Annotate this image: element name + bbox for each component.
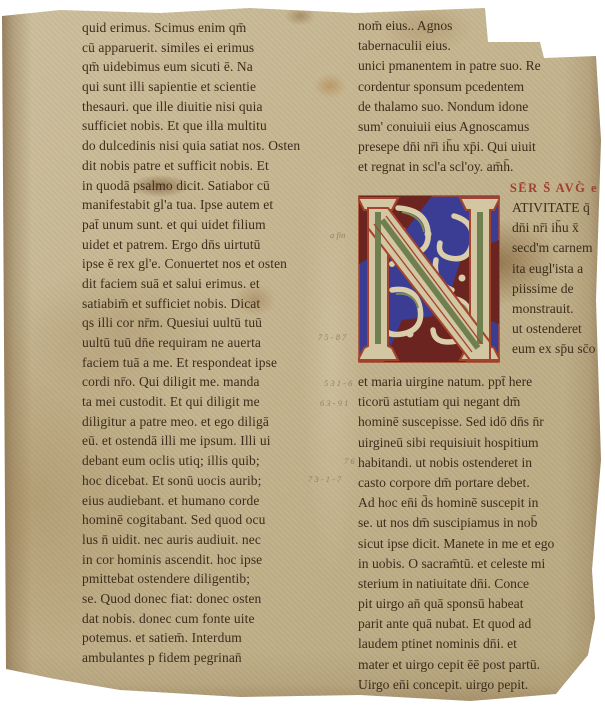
initial-artwork bbox=[358, 194, 500, 364]
text-line: monstrauit. bbox=[512, 299, 600, 319]
text-line: in uobis. O sacram̄tū. et celeste mi bbox=[358, 554, 600, 574]
text-line: dn̄i nr̄i ih̄u x̄ bbox=[512, 218, 600, 238]
text-line: tabernaculii eius. bbox=[358, 36, 600, 56]
text-line: piissime de bbox=[512, 279, 600, 299]
right-column-lower-text: et maria uirgine natum. ppt̄ hereticorū … bbox=[358, 372, 600, 695]
text-line: casto corpore dm̄ portare debet. bbox=[358, 473, 600, 493]
text-line: qs illi cor nr̄m. Quesiui uultū tuū bbox=[82, 313, 298, 333]
text-line: sicut ipse dicit. Manete in me et ego bbox=[358, 534, 600, 554]
right-column-upper-text: nom̄ eius.. Agnostabernaculii eius.unici… bbox=[358, 16, 600, 178]
text-line: presepe dn̄i nr̄i ih̄u xp̄i. Qui uiuit bbox=[358, 137, 600, 157]
text-line: in quodā psalmo dicit. Satiabor cū bbox=[82, 176, 298, 196]
text-line: dit nobis patre et sufficit nobis. Et bbox=[82, 156, 298, 176]
text-line: qui sunt illi sapientie et scientie bbox=[82, 77, 298, 97]
text-line: diligitur a patre meo. et ego diligā bbox=[82, 412, 298, 432]
text-line: cordi nr̄o. Qui diligit me. manda bbox=[82, 372, 298, 392]
text-line: habitandi. ut nobis ostenderet in bbox=[358, 453, 600, 473]
text-line: dat nobis. donec cum fonte uite bbox=[82, 609, 298, 629]
text-line: ATIVITATE q̄ bbox=[512, 198, 600, 218]
text-line: eū. et ostendā illi me ipsum. Illi ui bbox=[82, 431, 298, 451]
text-line: lus n̄ uidit. nec auris audiuit. nec bbox=[82, 530, 298, 550]
margin-mark: 5 3 1 - 6 bbox=[324, 378, 352, 388]
text-line: thesauri. que ille diuitie nisi quia bbox=[82, 97, 298, 117]
margin-mark: 7 3 - 1 - 7 bbox=[308, 474, 341, 484]
text-line: secd'm carnem bbox=[512, 238, 600, 258]
text-line: hominē suscepisse. Sed idō dn̄s n̄r bbox=[358, 412, 600, 432]
text-line: pit uirgo an̄ quā sponsū habeat bbox=[358, 594, 600, 614]
text-line: hoc dicebat. Et sonū uocis aurib; bbox=[82, 471, 298, 491]
text-line: eius audiebant. et humano corde bbox=[82, 491, 298, 511]
margin-mark: 6 3 - 9 1 bbox=[320, 398, 348, 408]
margin-mark: 7 5 - 8 7 bbox=[318, 332, 346, 342]
illuminated-initial-N bbox=[358, 194, 500, 364]
text-line: sum' conuiuii eius Agnoscamus bbox=[358, 117, 600, 137]
left-text-column: quid erimus. Scimus enim qm̄cū apparueri… bbox=[82, 18, 298, 668]
text-line: unici pmanentem in patre suo. Re bbox=[358, 56, 600, 76]
text-line: se. ut nos dm̄ suscipiamus in nob̄ bbox=[358, 513, 600, 533]
text-line: sterium in natiuitate dn̄i. Conce bbox=[358, 574, 600, 594]
text-line: do dulcedinis nisi quia satiat nos. Oste… bbox=[82, 136, 298, 156]
text-line: ut ostenderet bbox=[512, 319, 600, 339]
text-line: manifestabit gl'a tua. Ipse autem et bbox=[82, 195, 298, 215]
text-line: sufficiet nobis. Et que illa multitu bbox=[82, 116, 298, 136]
text-line: hominē cogitabant. Sed quod ocu bbox=[82, 510, 298, 530]
text-line: de thalamo suo. Nondum idone bbox=[358, 97, 600, 117]
text-line: mater et uirgo cepit ēē post partū. bbox=[358, 655, 600, 675]
text-line: faciem tuā a me. Et respondeat ipse bbox=[82, 353, 298, 373]
text-line: Uirgo en̄i concepit. uirgo pepit. bbox=[358, 675, 600, 695]
text-line: quid erimus. Scimus enim qm̄ bbox=[82, 18, 298, 38]
text-line: pmittebat ostendere diligentib; bbox=[82, 569, 298, 589]
text-line: parit ante quā nubat. Et quod ad bbox=[358, 614, 600, 634]
text-line: laudem ptinet nominis dn̄i. et bbox=[358, 634, 600, 654]
text-line: se. Quod donec fiat: donec osten bbox=[82, 589, 298, 609]
text-line: Ad hoc en̄i d̄s hominē suscepit in bbox=[358, 493, 600, 513]
text-line: eum ex sp̄u sc̄o bbox=[512, 339, 600, 359]
text-line: debant eum oclis utiq; illis quib; bbox=[82, 451, 298, 471]
manuscript-photo: quid erimus. Scimus enim qm̄cū apparueri… bbox=[0, 0, 605, 708]
text-line: dit faciem suā et salui erimus. et bbox=[82, 274, 298, 294]
text-line: uidet et patrem. Ergo dn̄s uirtutū bbox=[82, 235, 298, 255]
text-line: ita eugl'ista a bbox=[512, 259, 600, 279]
text-line: ambulantes p fidem pegrinan̄ bbox=[82, 648, 298, 668]
text-line: et regnat in scl'a scl'oy. am̄h̄. bbox=[358, 157, 600, 177]
text-line: uirgineū sibi requisiuit hospitium bbox=[358, 433, 600, 453]
text-line: qm̄ uidebimus eum sicuti ē. Na bbox=[82, 57, 298, 77]
text-line: ticorū astutiam qui negant dm̄ bbox=[358, 392, 600, 412]
text-line: ta mei custodit. Et qui diligit me bbox=[82, 392, 298, 412]
text-line: pat̄ unum sunt. et qui uidet filium bbox=[82, 215, 298, 235]
text-line: potemus. et satiem̄. Interdum bbox=[82, 628, 298, 648]
text-beside-initial: ATIVITATE q̄dn̄i nr̄i ih̄u x̄secd'm carn… bbox=[512, 198, 600, 360]
text-line: et maria uirgine natum. ppt̄ here bbox=[358, 372, 600, 392]
text-line: nom̄ eius.. Agnos bbox=[358, 16, 600, 36]
text-line: satiabim̄ et sufficiet nobis. Dicat bbox=[82, 294, 298, 314]
text-line: cū apparuerit. similes ei erimus bbox=[82, 38, 298, 58]
margin-mark: 7 6 bbox=[344, 456, 355, 466]
text-line: cordentur sponsum pcedentem bbox=[358, 77, 600, 97]
text-line: ipse ē rex gl'e. Conuertet nos et osten bbox=[82, 254, 298, 274]
parchment-page: quid erimus. Scimus enim qm̄cū apparueri… bbox=[0, 0, 605, 708]
text-line: uultū tuū dn̄e requiram ne auerta bbox=[82, 333, 298, 353]
margin-mark: a fin bbox=[330, 230, 345, 240]
text-line: in cor hominis ascendit. hoc ipse bbox=[82, 550, 298, 570]
